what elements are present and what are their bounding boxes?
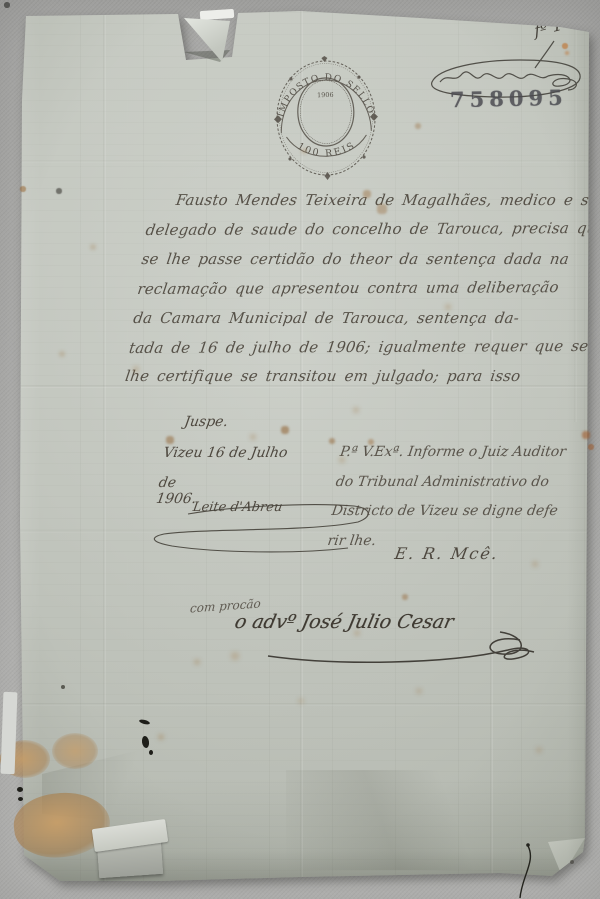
tape-left-edge: [1, 692, 18, 774]
document-paper: IMPOSTO DO SELLO 1906 100 REIS fº 1 7580…: [18, 10, 590, 882]
closing-formula: E. R. Mcê.: [393, 544, 500, 563]
folded-corner: [546, 834, 586, 878]
ink-specks: [0, 0, 2, 2]
serial-number: 758095: [450, 85, 568, 112]
attorney-signature: o advº José Julio Cesar: [233, 611, 456, 633]
decision-line: do Tribunal Administrativo do: [334, 468, 600, 498]
manuscript-line: reclamação que apresentou contra uma del…: [135, 273, 585, 304]
vertical-fold-crease: [490, 330, 493, 882]
manuscript-line: delegado de saude do concelho de Tarouca…: [144, 214, 594, 245]
manuscript-body: Fausto Mendes Teixeira de Magalhães, med…: [123, 186, 598, 392]
horizontal-fold-crease: [18, 703, 590, 706]
ink-blot: [18, 797, 23, 801]
corner-annotation: fº 1: [533, 14, 563, 40]
manuscript-line: se lhe passe certidão do theor da senten…: [140, 245, 590, 274]
stamp-bottom-text: 100 REIS: [295, 139, 358, 160]
dateline-heading: Juspe.: [183, 414, 229, 430]
judge-signature: Leite d'Abreu: [192, 500, 284, 515]
manuscript-line: tada de 16 de julho de 1906; igualmente …: [127, 332, 577, 363]
document-photograph: IMPOSTO DO SELLO 1906 100 REIS fº 1 7580…: [0, 0, 600, 899]
manuscript-line: da Camara Municipal de Tarouca, sentença…: [131, 304, 581, 333]
ink-blot: [149, 750, 153, 755]
crease-shadow: [286, 770, 486, 870]
dateline-place-date: Vizeu 16 de Julho: [162, 445, 289, 461]
stamp-year: 1906: [317, 91, 334, 99]
revenue-stamp: IMPOSTO DO SELLO 1906 100 REIS: [263, 54, 388, 183]
manuscript-line: lhe certifique se transitou em julgado; …: [123, 362, 573, 391]
decision-line: P.ª V.Exª. Informe o Juiz Auditor: [338, 438, 600, 468]
vertical-fold-crease: [103, 10, 106, 882]
svg-text:100 REIS: 100 REIS: [295, 139, 358, 160]
decision-line: Districto de Vizeu se digne defe: [330, 497, 596, 527]
decision-block: P.ª V.Exª. Informe o Juiz Auditor do Tri…: [325, 438, 600, 556]
manuscript-line: Fausto Mendes Teixeira de Magalhães, med…: [148, 186, 598, 215]
adhesive-stain: [52, 733, 98, 769]
ink-blot: [17, 787, 23, 792]
